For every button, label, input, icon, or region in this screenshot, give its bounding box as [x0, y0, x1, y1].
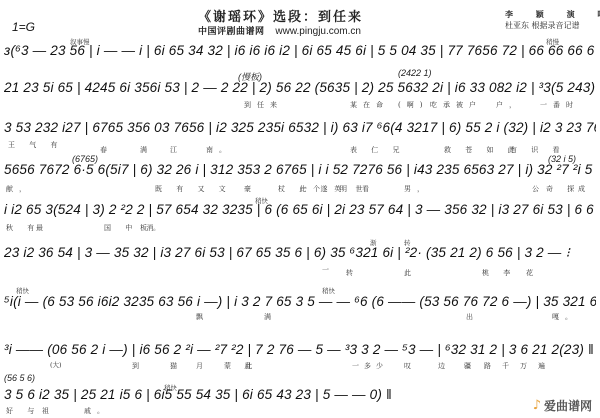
score-line-6: 23 i2 36 54 | 3 — 35 32 | i3 27 6i 53 | … [4, 245, 596, 267]
lyric: 吃承被户 [430, 100, 482, 110]
lyric: 一番时 [540, 100, 579, 110]
lyric: 男， [404, 184, 430, 194]
notation: 21 23 5i 65 | 4245 6i 356i 53 | 2 — 2 22… [4, 80, 596, 95]
lyric: 疆 [464, 361, 477, 371]
lyric: 既 有 又 文 [155, 184, 232, 194]
lyric: 公 [532, 184, 545, 194]
notation: ⁵i(i — (6 53 56 i6i2 3235 63 56 i —) | i… [4, 294, 596, 310]
lyric: 成 [578, 184, 591, 194]
score-line-2: 21 23 5i 65 | 4245 6i 356i 53 | 2 — 2 22… [4, 80, 596, 102]
score-line-3: 3 53 232 i27 | 6765 356 03 7656 | i2 325… [4, 120, 596, 142]
annotation: (大) [50, 360, 62, 369]
lyric: 路 [484, 361, 497, 371]
music-note-icon: ♪ [533, 398, 541, 413]
lyric: 到 [132, 361, 145, 371]
watermark: ♪ 爱曲谱网 [533, 397, 592, 414]
lyric: 一 [322, 265, 335, 275]
lyric: 戚。 [84, 406, 110, 416]
lyric: 献， [6, 184, 32, 194]
score-line-1: ɜ(⁶3 — 23 56 | i — — i | 6i 65 34 32 | i… [4, 43, 596, 65]
lyric: 奇 探 [546, 184, 580, 194]
variant-annotation: (2422 1) [398, 68, 432, 78]
lyric: 千 [502, 361, 515, 371]
score-line-5: i i2 65 3(524 | 3) 2 ²2 2 | 57 654 32 32… [4, 202, 596, 224]
lyric: 江 [170, 145, 183, 155]
site-url: www.pingju.com.cn [275, 26, 361, 37]
lyric: 南。 [206, 145, 232, 155]
lyric: 好 与 [6, 406, 40, 416]
lyric: 明 [340, 184, 353, 194]
lyric: 某在命 [350, 100, 389, 110]
lyric: 花 [526, 268, 539, 278]
lyric: 板。 [140, 223, 166, 233]
variant-annotation: (56 5 6) [4, 373, 35, 383]
lyric: 万 [520, 361, 533, 371]
credits: 李 颖 演 唱 杜亚东 根据录音记谱 [505, 9, 600, 31]
lyric: 到任来 [244, 100, 283, 110]
lyric: 飘 [196, 312, 209, 322]
lyric: 此 [404, 268, 417, 278]
lyric: 祖 [42, 406, 55, 416]
notation: 5656 7672 6·5 6(5i7 | 6) 32 26 i | 312 3… [4, 162, 596, 177]
lyric: 月 [196, 361, 209, 371]
lyric: 桃 李 [482, 268, 516, 278]
lyric: 转 [346, 268, 359, 278]
lyric: 满 [264, 312, 277, 322]
lyric: 叹 [404, 361, 417, 371]
notation: 3 53 232 i27 | 6765 356 03 7656 | i2 325… [4, 120, 596, 135]
site-name: 中国评剧曲谱网 [198, 27, 265, 37]
transcriber-credit: 杜亚东 根据录音记谱 [505, 20, 600, 31]
lyric: (啊) [398, 100, 428, 110]
score-title: 《谢瑶环》选段：到任来 [198, 6, 363, 25]
lyric: 表 仁 兄 [350, 145, 405, 155]
lyric: 少 [376, 361, 389, 371]
lyric: 一个 英 世 [300, 184, 368, 194]
lyric: 王 气 有 [8, 140, 63, 150]
lyric: 猫 [170, 361, 183, 371]
lyric: 出 [466, 312, 479, 322]
lyric: 看 [362, 184, 375, 194]
notation: 3 5 6 i2 35 | 25 21 i5 6 | 6i5 55 54 35 … [4, 387, 596, 402]
lyric: 满 [140, 145, 153, 155]
notation: ɜ(⁶3 — 23 56 | i — — i | 6i 65 34 32 | i… [4, 43, 596, 58]
lyric: 嘎。 [552, 312, 578, 322]
notation: i i2 65 3(524 | 3) 2 ²2 2 | 57 654 32 32… [4, 202, 596, 217]
site-info: 中国评剧曲谱网 www.pingju.com.cn [198, 24, 361, 37]
lyric: 月 [244, 361, 257, 371]
notation: 23 i2 36 54 | 3 — 35 32 | i3 27 6i 53 | … [4, 245, 596, 261]
lyric: 春 [100, 145, 113, 155]
notation: ³i —— (06 56 2 i —) | i6 56 2 ²i — ²7 ²2… [4, 342, 596, 357]
lyric: 户， [496, 100, 522, 110]
key-signature: 1=G [12, 20, 35, 34]
score-line-7: ⁵i(i — (6 53 56 i6i2 3235 63 56 i —) | i… [4, 294, 596, 316]
watermark-text: 爱曲谱网 [544, 397, 592, 414]
lyric: 豪 [244, 184, 257, 194]
lyric: 边 [438, 361, 451, 371]
singer-credit: 李 颖 演 唱 [505, 9, 600, 20]
lyric: 最 [36, 223, 49, 233]
score-line-4: 5656 7672 6·5 6(5i7 | 6) 32 26 i | 312 3… [4, 162, 596, 184]
lyric: 遍 [538, 361, 551, 371]
